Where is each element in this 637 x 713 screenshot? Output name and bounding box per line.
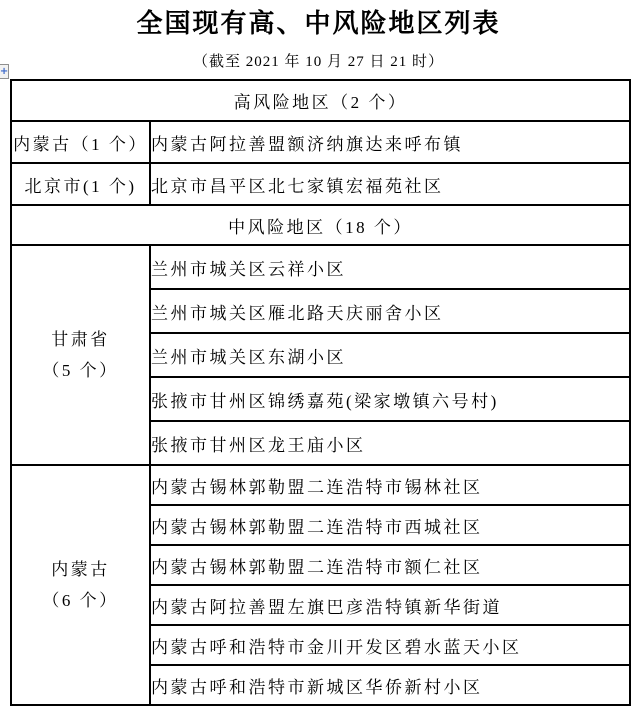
risk-area-cell: 兰州市城关区雁北路天庆丽舍小区 <box>150 289 630 333</box>
risk-area-cell: 内蒙古锡林郭勒盟二连浩特市锡林社区 <box>150 465 630 505</box>
table-row: 中风险地区（18 个） <box>11 205 630 245</box>
risk-area-cell: 兰州市城关区东湖小区 <box>150 333 630 377</box>
region-name: 内蒙古 <box>12 554 149 585</box>
table-move-handle-icon[interactable]: + <box>0 64 9 79</box>
table-row: 甘肃省 （5 个） 兰州市城关区云祥小区 <box>11 245 630 289</box>
risk-area-cell: 兰州市城关区云祥小区 <box>150 245 630 289</box>
table-row: 北京市(1 个) 北京市昌平区北七家镇宏福苑社区 <box>11 163 630 205</box>
risk-area-cell: 内蒙古呼和浩特市新城区华侨新村小区 <box>150 665 630 705</box>
risk-area-cell: 内蒙古锡林郭勒盟二连浩特市西城社区 <box>150 505 630 545</box>
region-group-label: 甘肃省 （5 个） <box>11 245 150 465</box>
risk-area-cell: 内蒙古阿拉善盟左旗巴彦浩特镇新华街道 <box>150 585 630 625</box>
region-count: （5 个） <box>12 355 149 386</box>
high-risk-section-header: 高风险地区（2 个） <box>11 80 630 121</box>
table-row: 高风险地区（2 个） <box>11 80 630 121</box>
table-row: 内蒙古 （6 个） 内蒙古锡林郭勒盟二连浩特市锡林社区 <box>11 465 630 505</box>
risk-area-cell: 张掖市甘州区锦绣嘉苑(梁家墩镇六号村) <box>150 377 630 421</box>
region-group-label: 内蒙古 （6 个） <box>11 465 150 705</box>
risk-area-cell: 内蒙古锡林郭勒盟二连浩特市额仁社区 <box>150 545 630 585</box>
risk-area-cell: 张掖市甘州区龙王庙小区 <box>150 421 630 465</box>
table-row: 内蒙古（1 个） 内蒙古阿拉善盟额济纳旗达来呼布镇 <box>11 121 630 163</box>
region-group-label: 内蒙古（1 个） <box>11 121 150 163</box>
region-name: 甘肃省 <box>12 324 149 355</box>
risk-area-table: 高风险地区（2 个） 内蒙古（1 个） 内蒙古阿拉善盟额济纳旗达来呼布镇 北京市… <box>10 79 631 706</box>
risk-area-cell: 北京市昌平区北七家镇宏福苑社区 <box>150 163 630 205</box>
risk-area-cell: 内蒙古呼和浩特市金川开发区碧水蓝天小区 <box>150 625 630 665</box>
risk-area-cell: 内蒙古阿拉善盟额济纳旗达来呼布镇 <box>150 121 630 163</box>
region-group-label: 北京市(1 个) <box>11 163 150 205</box>
page-subtitle: （截至 2021 年 10 月 27 日 21 时） <box>0 50 637 71</box>
region-count: （6 个） <box>12 585 149 616</box>
plus-icon: + <box>0 67 8 77</box>
page-title: 全国现有高、中风险地区列表 <box>0 3 637 40</box>
medium-risk-section-header: 中风险地区（18 个） <box>11 205 630 245</box>
